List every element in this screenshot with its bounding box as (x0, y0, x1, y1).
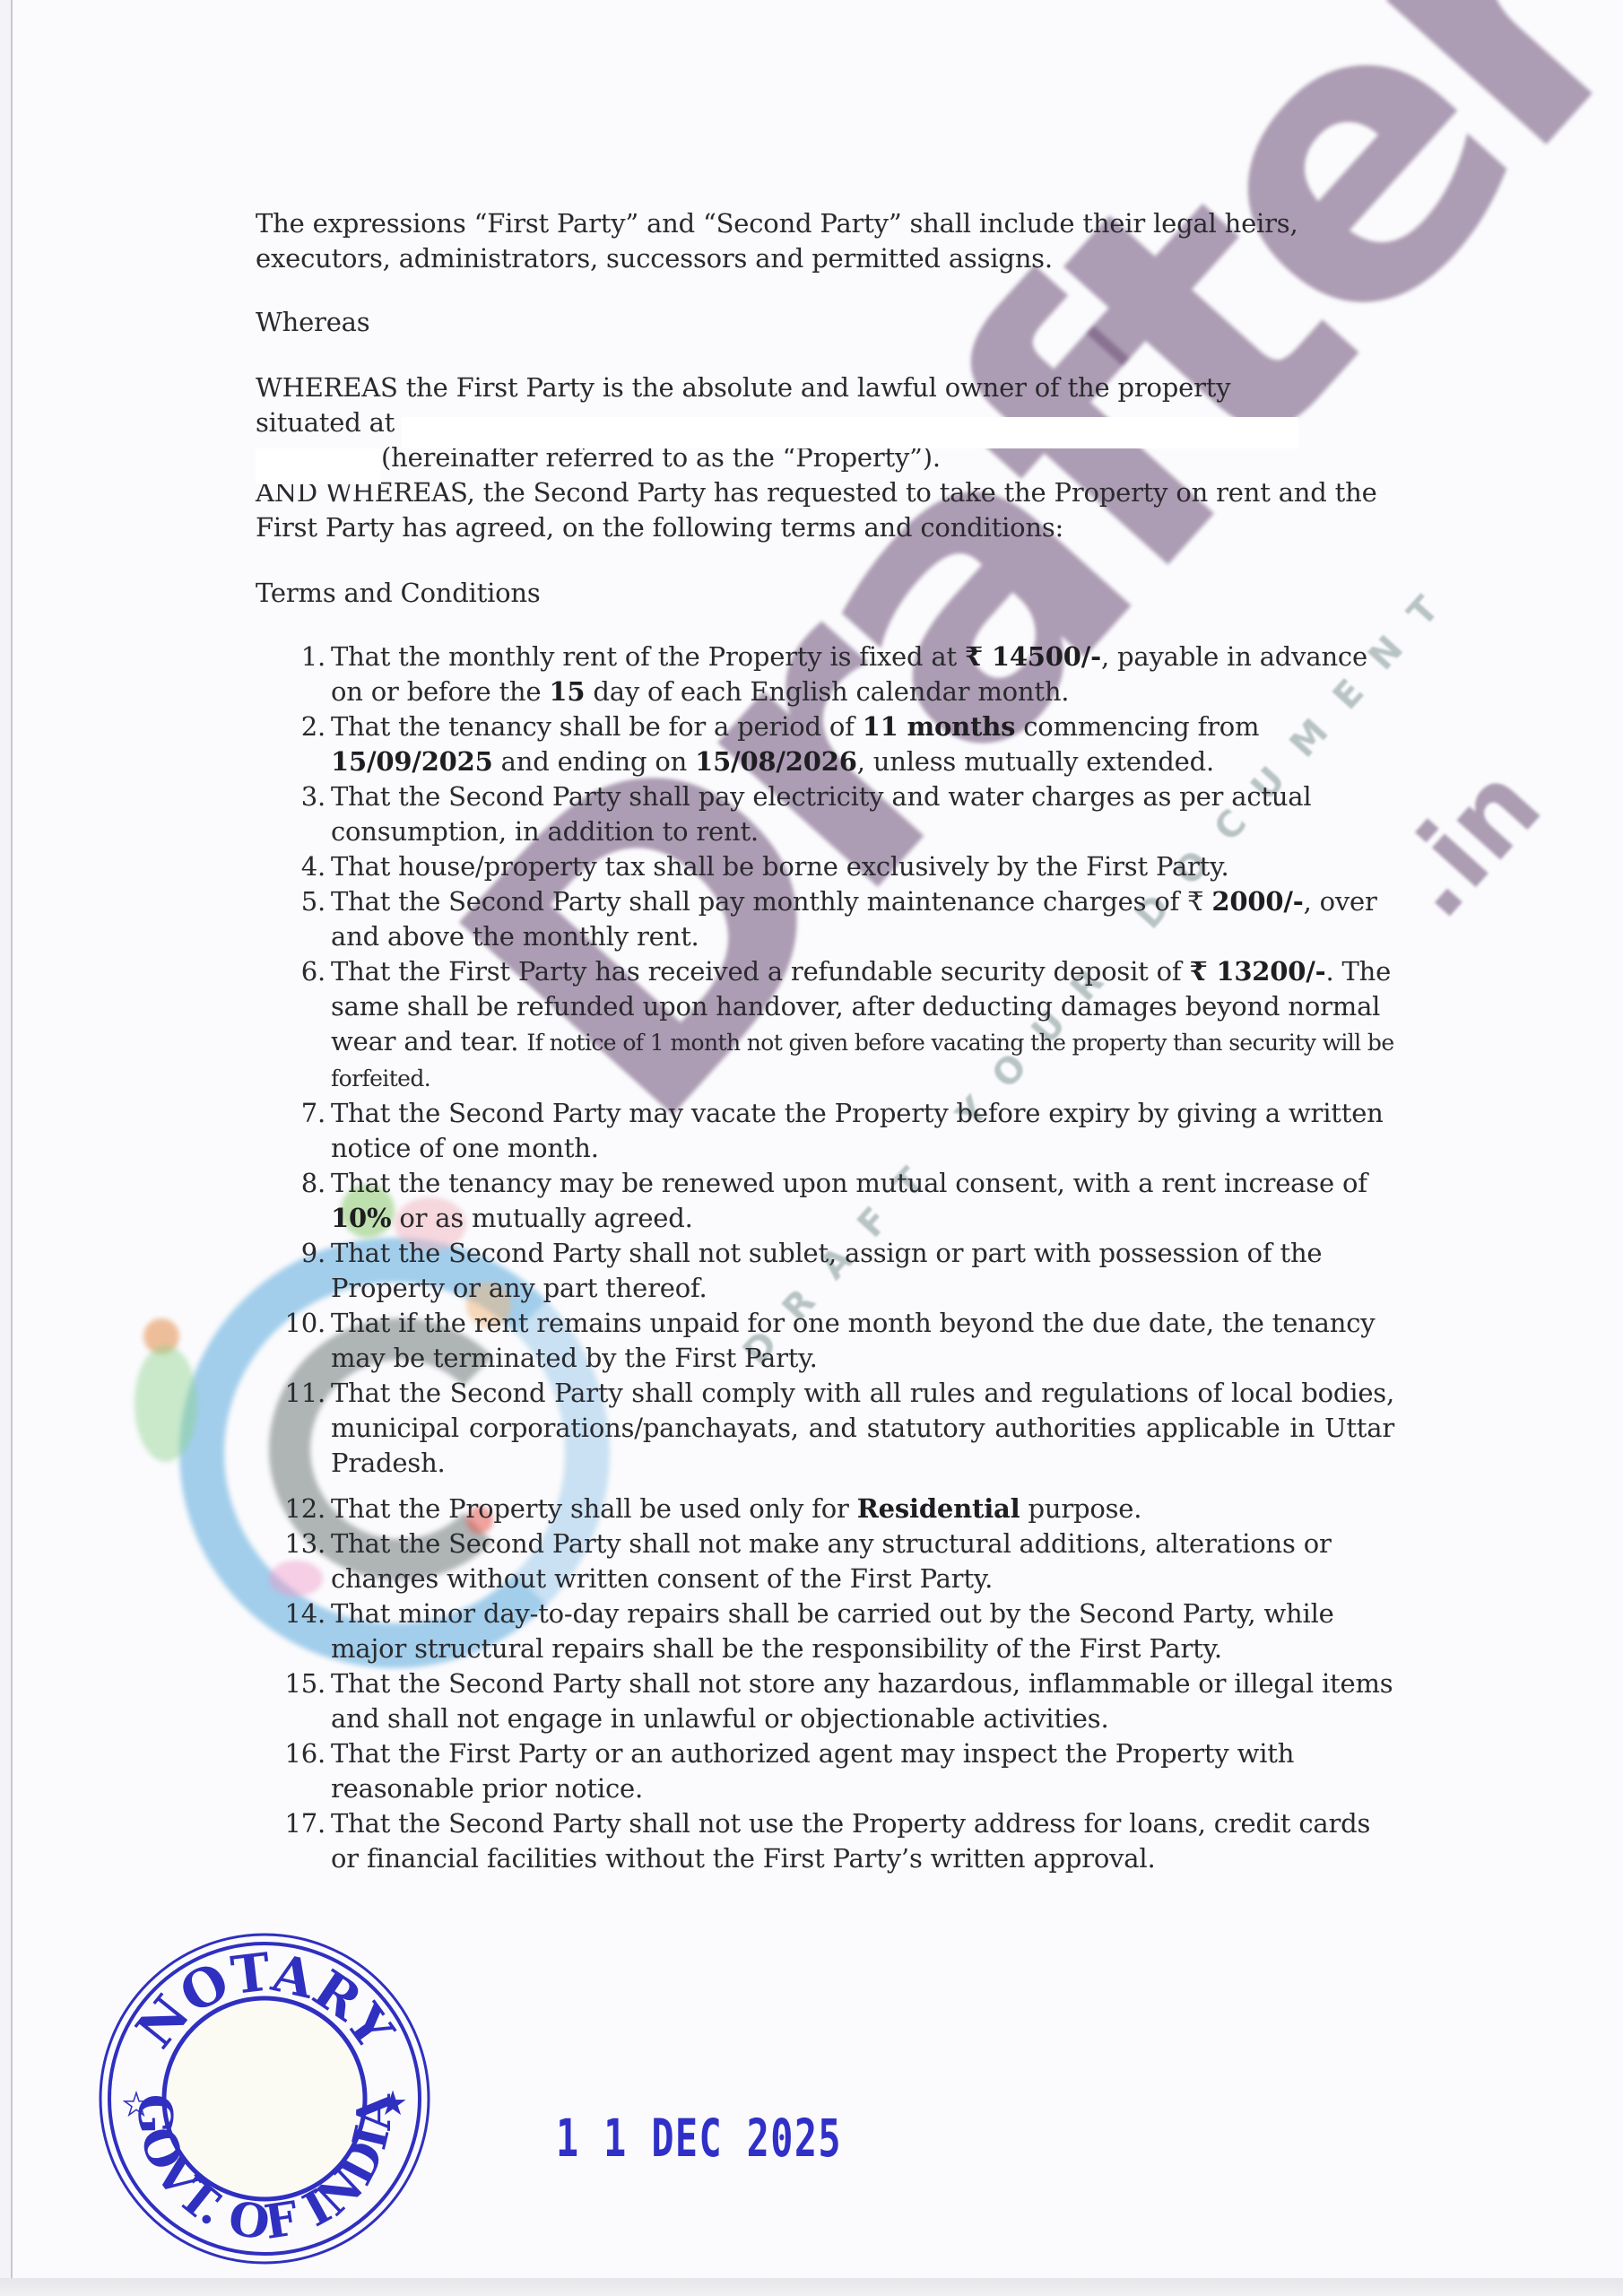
term-text: That the Second Party shall not sublet, … (331, 1238, 1322, 1303)
term-text: That the Second Party shall not store an… (331, 1668, 1393, 1734)
term-text: That the Second Party shall pay monthly … (331, 886, 1377, 952)
term-number: 16. (256, 1736, 325, 1771)
term-number: 1. (256, 639, 325, 674)
term-number: 11. (256, 1376, 325, 1411)
svg-text:★: ★ (378, 2083, 408, 2123)
notary-seal-icon: NOTARY GOVT. OF INDIA ★ ★ (90, 1919, 439, 2269)
term-text: That house/property tax shall be borne e… (331, 851, 1229, 882)
term-item: 9.That the Second Party shall not sublet… (256, 1236, 1394, 1306)
term-item: 7.That the Second Party may vacate the P… (256, 1096, 1394, 1166)
term-item: 2.That the tenancy shall be for a period… (256, 709, 1394, 779)
whereas-clause-2: AND WHEREAS, the Second Party has reques… (256, 475, 1394, 545)
redacted-address (256, 448, 381, 484)
svg-text:★: ★ (123, 2087, 150, 2123)
term-text: That if the rent remains unpaid for one … (331, 1308, 1375, 1373)
term-item: 6.That the First Party has received a re… (256, 954, 1394, 1096)
intro-paragraph: The expressions “First Party” and “Secon… (256, 206, 1394, 276)
term-number: 15. (256, 1666, 325, 1701)
term-item: 4.That house/property tax shall be borne… (256, 849, 1394, 884)
term-number: 13. (256, 1526, 325, 1561)
whereas-heading: Whereas (256, 305, 1394, 340)
term-number: 4. (256, 849, 325, 884)
term-number: 8. (256, 1166, 325, 1201)
term-item: 10.That if the rent remains unpaid for o… (256, 1306, 1394, 1376)
term-number: 3. (256, 779, 325, 814)
term-number: 5. (256, 884, 325, 919)
term-number: 17. (256, 1806, 325, 1841)
term-text: That minor day-to-day repairs shall be c… (331, 1598, 1334, 1664)
term-text: That the Second Party shall comply with … (331, 1376, 1394, 1481)
term-number: 10. (256, 1306, 325, 1341)
term-number: 9. (256, 1236, 325, 1271)
term-item: 17.That the Second Party shall not use t… (256, 1806, 1394, 1876)
term-text: That the Second Party shall not make any… (331, 1528, 1332, 1594)
term-text: That the First Party has received a refu… (331, 956, 1394, 1092)
term-item: 5.That the Second Party shall pay monthl… (256, 884, 1394, 954)
term-text: That the First Party or an authorized ag… (331, 1738, 1294, 1804)
term-item: 15.That the Second Party shall not store… (256, 1666, 1394, 1736)
term-item: 13.That the Second Party shall not make … (256, 1526, 1394, 1596)
term-number: 6. (256, 954, 325, 989)
terms-heading: Terms and Conditions (256, 576, 1394, 611)
term-number: 7. (256, 1096, 325, 1131)
term-item: 14.That minor day-to-day repairs shall b… (256, 1596, 1394, 1666)
term-text: That the Second Party shall pay electric… (331, 781, 1311, 847)
term-text: That the Property shall be used only for… (331, 1493, 1141, 1524)
notary-stamp: NOTARY GOVT. OF INDIA ★ ★ (90, 1919, 439, 2269)
term-text: That the tenancy shall be for a period o… (331, 711, 1259, 777)
term-item: 3.That the Second Party shall pay electr… (256, 779, 1394, 849)
redacted-address (402, 417, 1298, 448)
term-text: That the monthly rent of the Property is… (331, 641, 1367, 707)
term-item: 12.That the Property shall be used only … (256, 1492, 1394, 1526)
term-item: 1.That the monthly rent of the Property … (256, 639, 1394, 709)
term-number: 12. (256, 1492, 325, 1526)
term-text: That the tenancy may be renewed upon mut… (331, 1168, 1367, 1233)
terms-list: 1.That the monthly rent of the Property … (256, 639, 1394, 1876)
date-stamp: 1 1 DEC 2025 (556, 2108, 842, 2169)
term-text: That the Second Party may vacate the Pro… (331, 1098, 1384, 1163)
whereas-clause-1-line1: WHEREAS the First Party is the absolute … (256, 370, 1394, 405)
agreement-body: The expressions “First Party” and “Secon… (256, 206, 1394, 1876)
term-item: 11.That the Second Party shall comply wi… (256, 1376, 1394, 1481)
term-number: 2. (256, 709, 325, 744)
term-item: 8.That the tenancy may be renewed upon m… (256, 1166, 1394, 1236)
page-edge (0, 2278, 1623, 2296)
term-text: That the Second Party shall not use the … (331, 1808, 1370, 1874)
term-item: 16.That the First Party or an authorized… (256, 1736, 1394, 1806)
term-number: 14. (256, 1596, 325, 1631)
